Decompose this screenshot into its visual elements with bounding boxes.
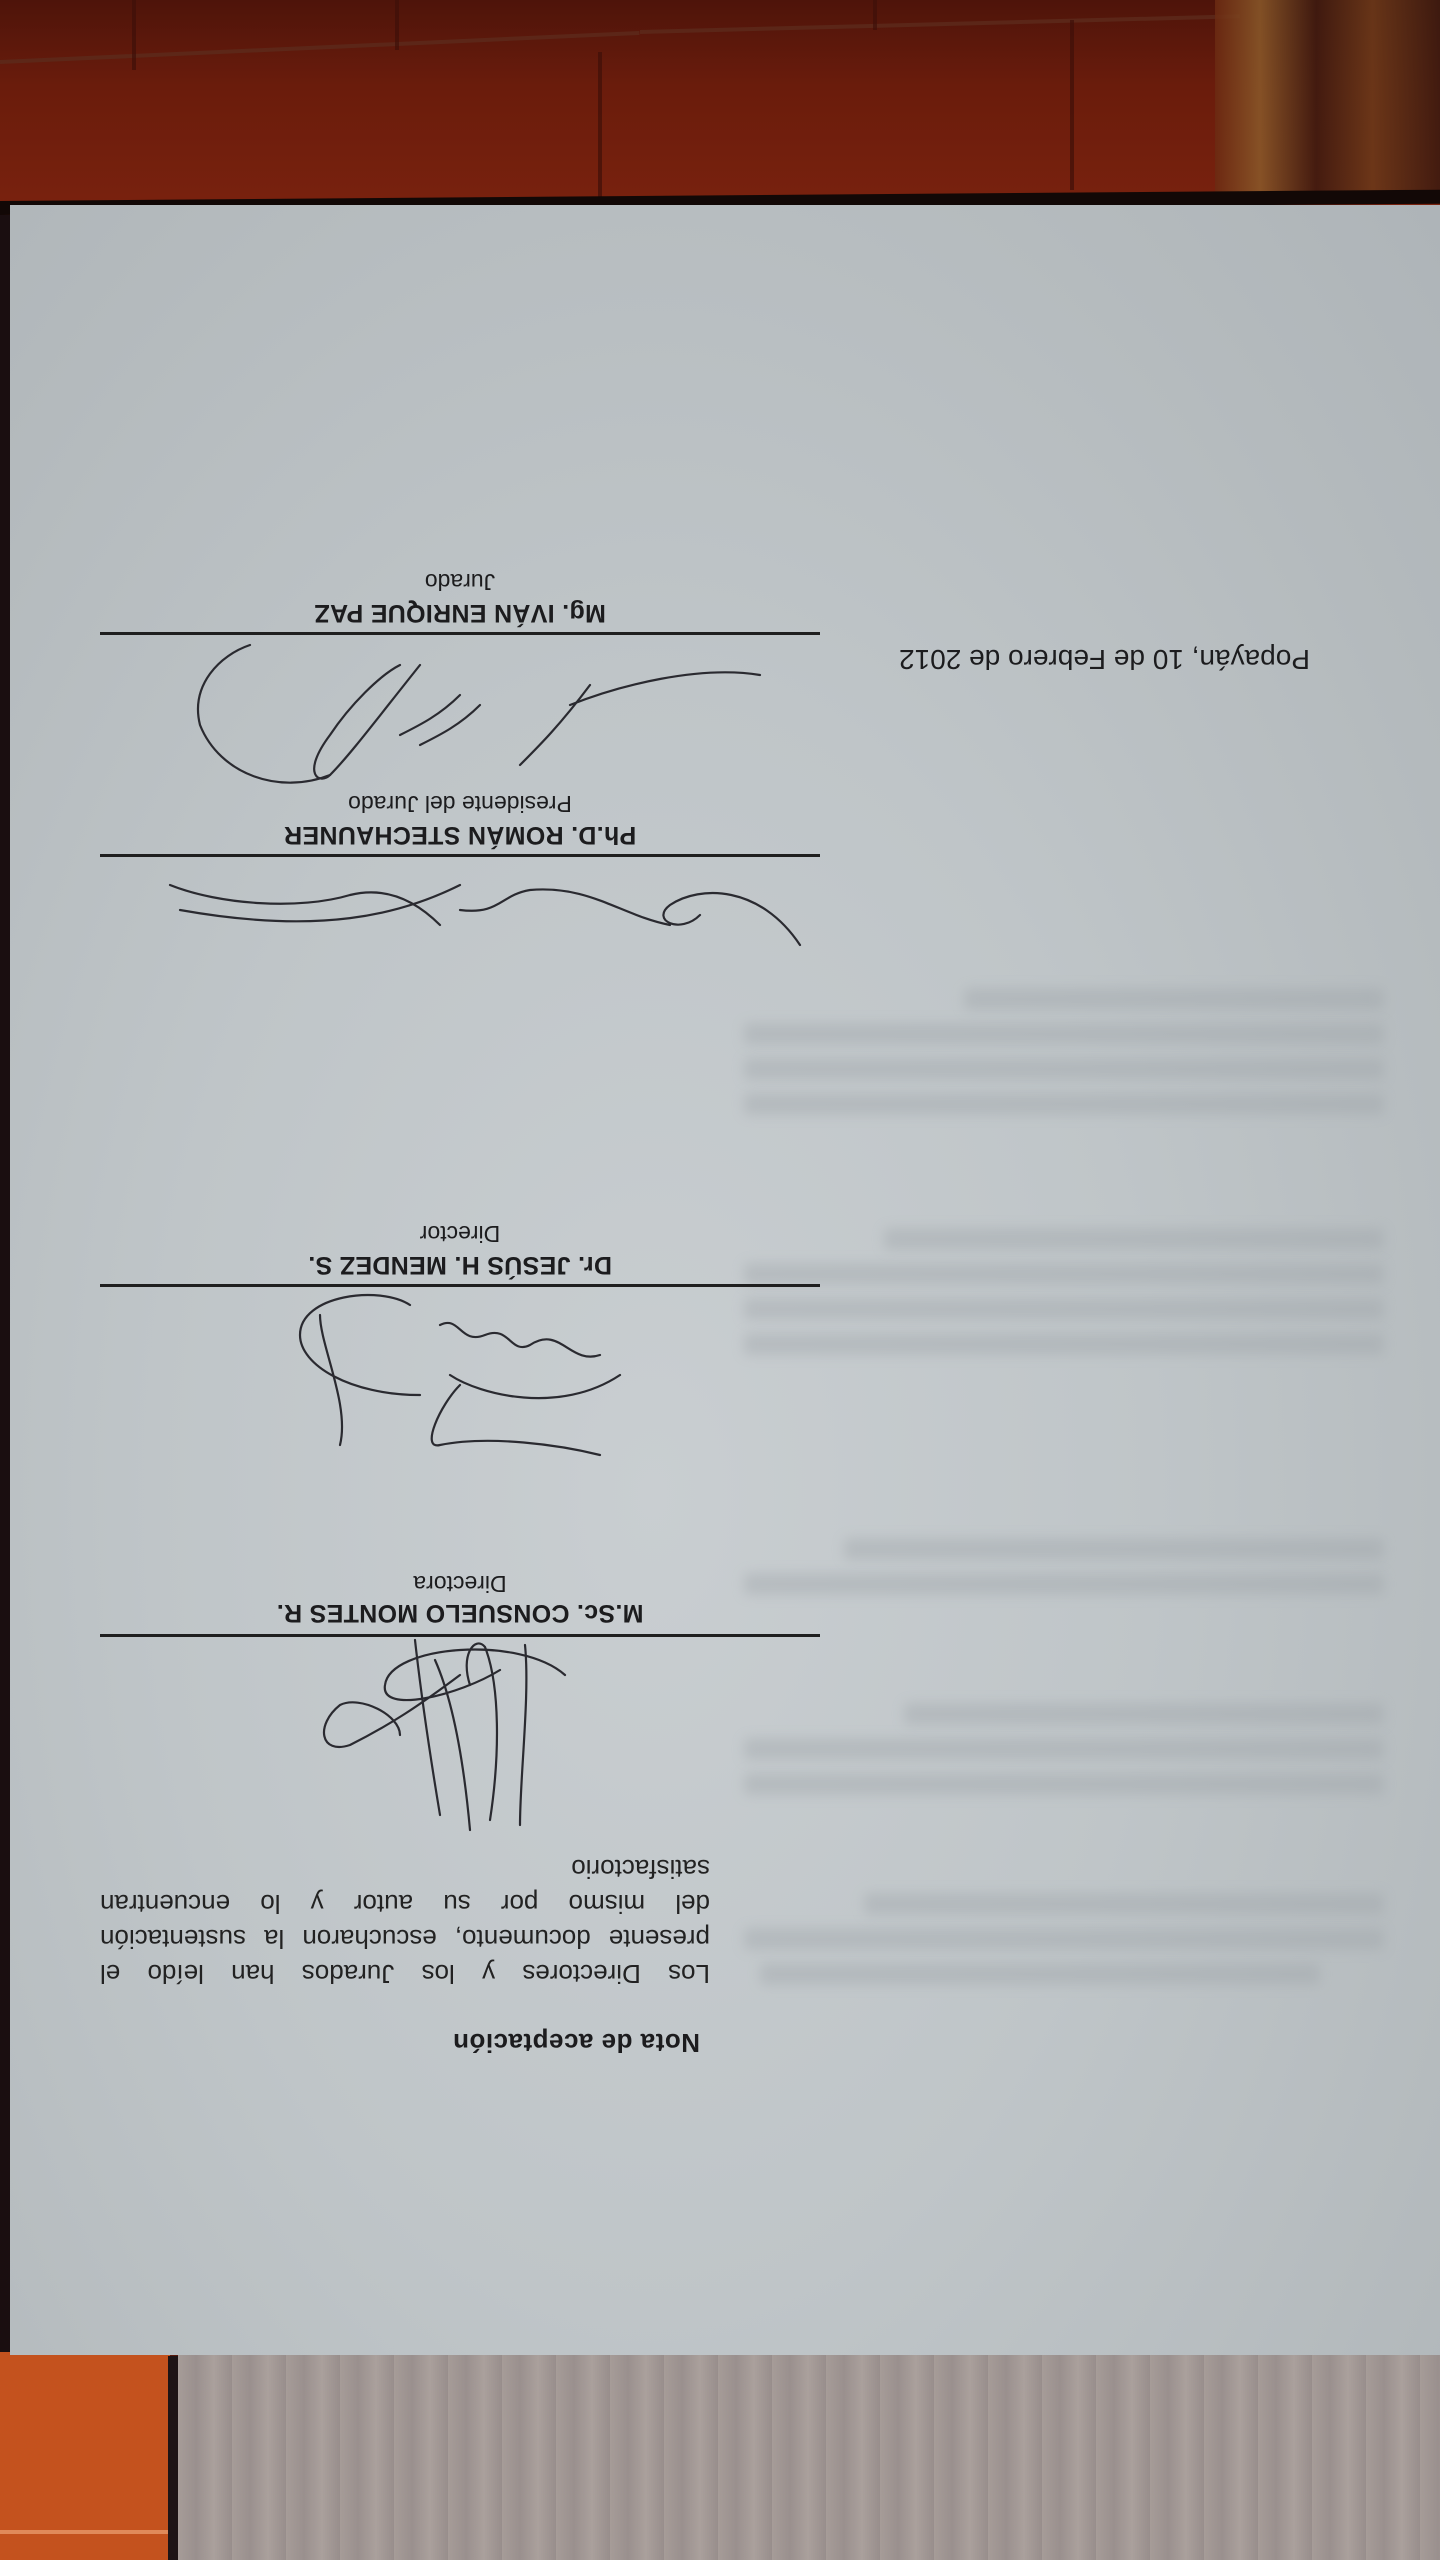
handwritten-signature [100,1275,820,1475]
signatory-name: Dr. JESÚS H. MENDEZ S. [100,1250,820,1279]
signatory-role: Director [100,1220,820,1247]
background-wall [0,0,1440,215]
background-edge [0,215,10,2355]
handwritten-signature [100,835,820,1035]
handwritten-signature [100,615,820,815]
background-floor [178,2350,1440,2560]
signatory-role: Jurado [100,568,820,595]
background-post [1215,0,1440,200]
background-floor-tile [0,2352,170,2560]
acceptance-paragraph: Los Directores y los Jurados han leído e… [100,1851,710,1991]
document-page: Nota de aceptación Los Directores y los … [10,205,1440,2355]
background-gap [168,2356,178,2560]
signatory-name: Ph.D. ROMÁN STECHAUNER [100,820,820,849]
signatory-name: M.Sc. CONSUELO MONTES R. [100,1598,820,1627]
signatory-name: Mg. IVÁN ENRIQUE PAZ [100,598,820,627]
place-date: Popayán, 10 de Febrero de 2012 [899,643,1310,675]
handwritten-signature [100,1635,820,1835]
signatory-role: Directora [100,1570,820,1597]
document-heading: Nota de aceptación [453,2027,700,2058]
